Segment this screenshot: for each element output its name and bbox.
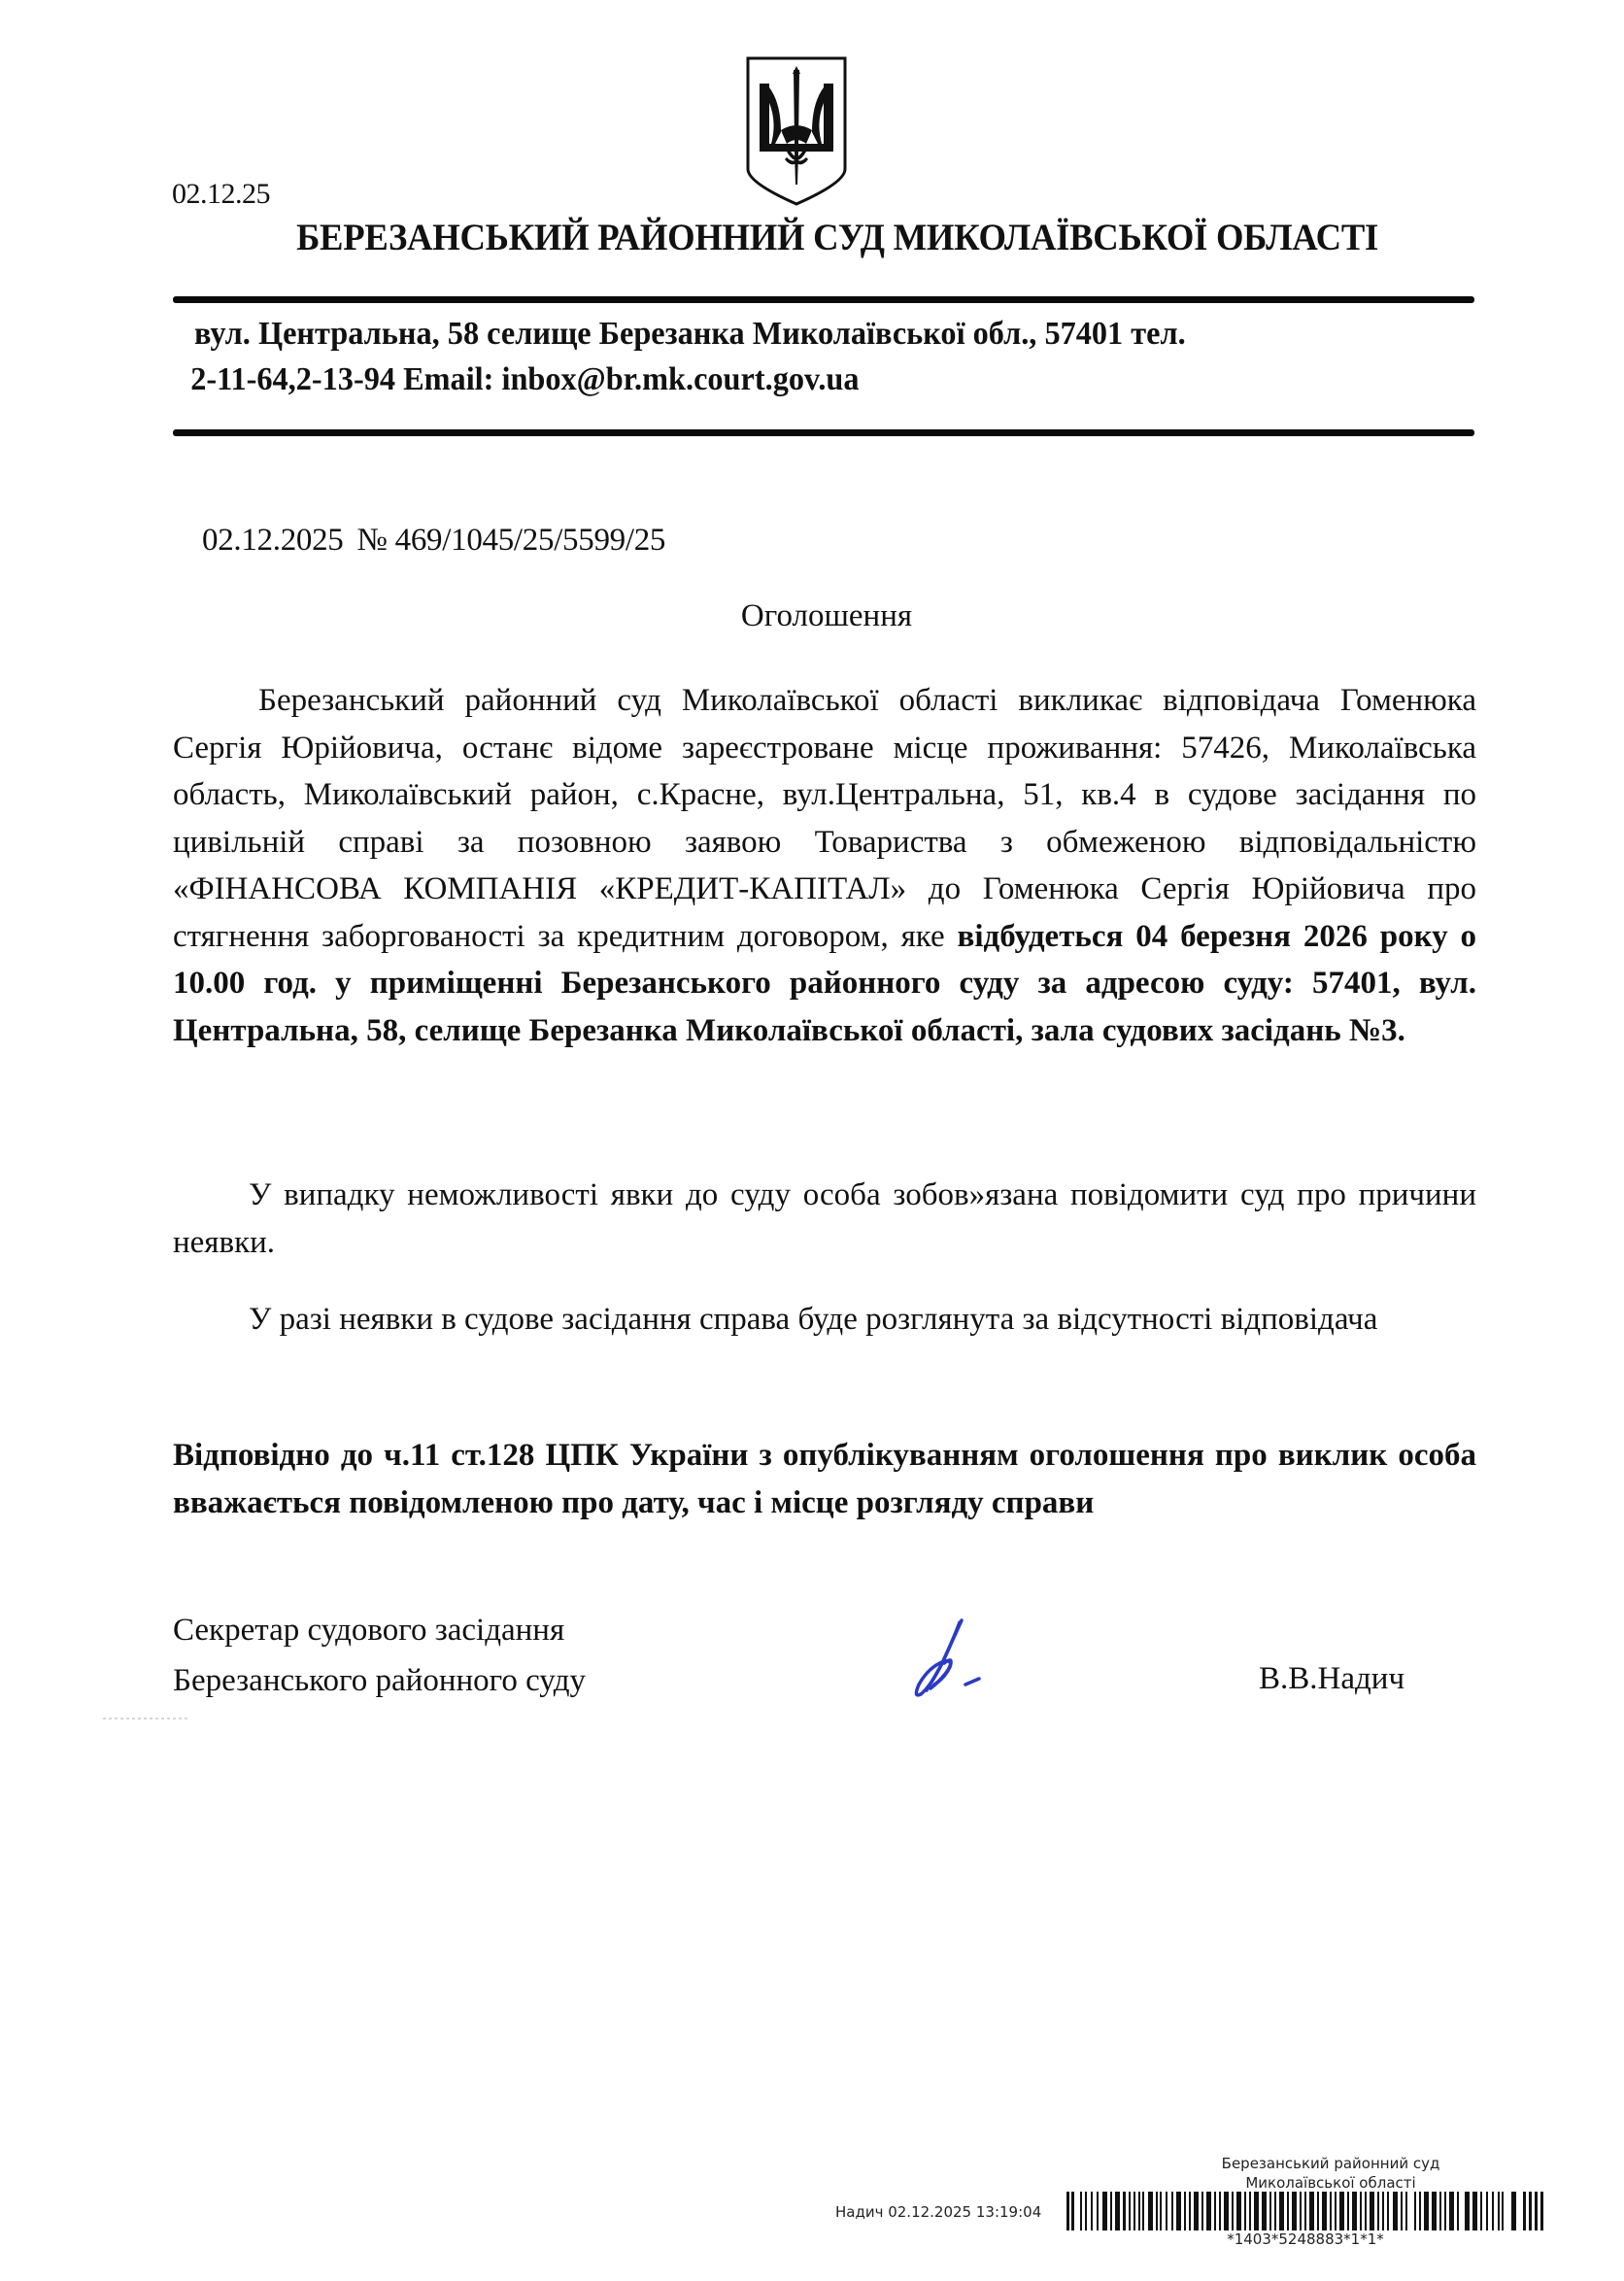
barcode-number: *1403*5248883*1*1* xyxy=(1066,2230,1544,2248)
default-hearing-text: У разі неявки в судове засідання справа … xyxy=(249,1302,1377,1337)
document-reference: 02.12.2025№ 469/1045/25/5599/25 xyxy=(202,523,665,559)
handwritten-signature-icon xyxy=(901,1613,989,1710)
summons-paragraph: Березанський районний суд Миколаївської … xyxy=(173,677,1476,1054)
default-hearing-paragraph: У разі неявки в судове засідання справа … xyxy=(173,1296,1476,1344)
signer-position-line-1: Секретар судового засідання xyxy=(173,1605,586,1655)
stamp-org-line-1: Березанський районний суд xyxy=(1146,2155,1515,2172)
signer-name: В.В.Надич xyxy=(1259,1661,1404,1697)
scan-artifact xyxy=(103,1718,190,1719)
header-divider-top xyxy=(173,296,1474,303)
document-number: № 469/1045/25/5599/25 xyxy=(357,523,666,558)
document-date: 02.12.2025 xyxy=(202,523,344,558)
court-name-title: БЕРЕЗАНСЬКИЙ РАЙОННИЙ СУД МИКОЛАЇВСЬКОЇ … xyxy=(47,216,1573,259)
absence-notice-text: У випадку неможливості явки до суду особ… xyxy=(173,1177,1476,1260)
trident-coat-of-arms-icon xyxy=(742,54,851,208)
signer-position-line-2: Березанського районного суду xyxy=(173,1655,586,1706)
stamp-org-line-2: Миколаївської області xyxy=(1146,2174,1515,2192)
stamp-registration-meta: Надич 02.12.2025 13:19:04 xyxy=(835,2203,1041,2221)
document-title: Оголошення xyxy=(0,598,1624,634)
signer-position: Секретар судового засідання Березанськог… xyxy=(173,1605,586,1706)
legal-basis-paragraph: Відповідно до ч.11 ст.128 ЦПК України з … xyxy=(173,1432,1476,1527)
address-line-2: 2-11-64,2-13-94 Email: inbox@br.mk.court… xyxy=(190,357,1412,402)
barcode-icon xyxy=(1066,2192,1544,2230)
address-line-1: вул. Центральна, 58 селище Березанка Мик… xyxy=(194,316,1186,352)
absence-notice-paragraph: У випадку неможливості явки до суду особ… xyxy=(173,1172,1476,1266)
header-date: 02.12.25 xyxy=(172,178,270,211)
court-address: вул. Центральна, 58 селище Березанка Мик… xyxy=(194,311,1412,402)
summons-text: Березанський районний суд Миколаївської … xyxy=(173,683,1476,954)
header-divider-bottom xyxy=(173,429,1474,436)
